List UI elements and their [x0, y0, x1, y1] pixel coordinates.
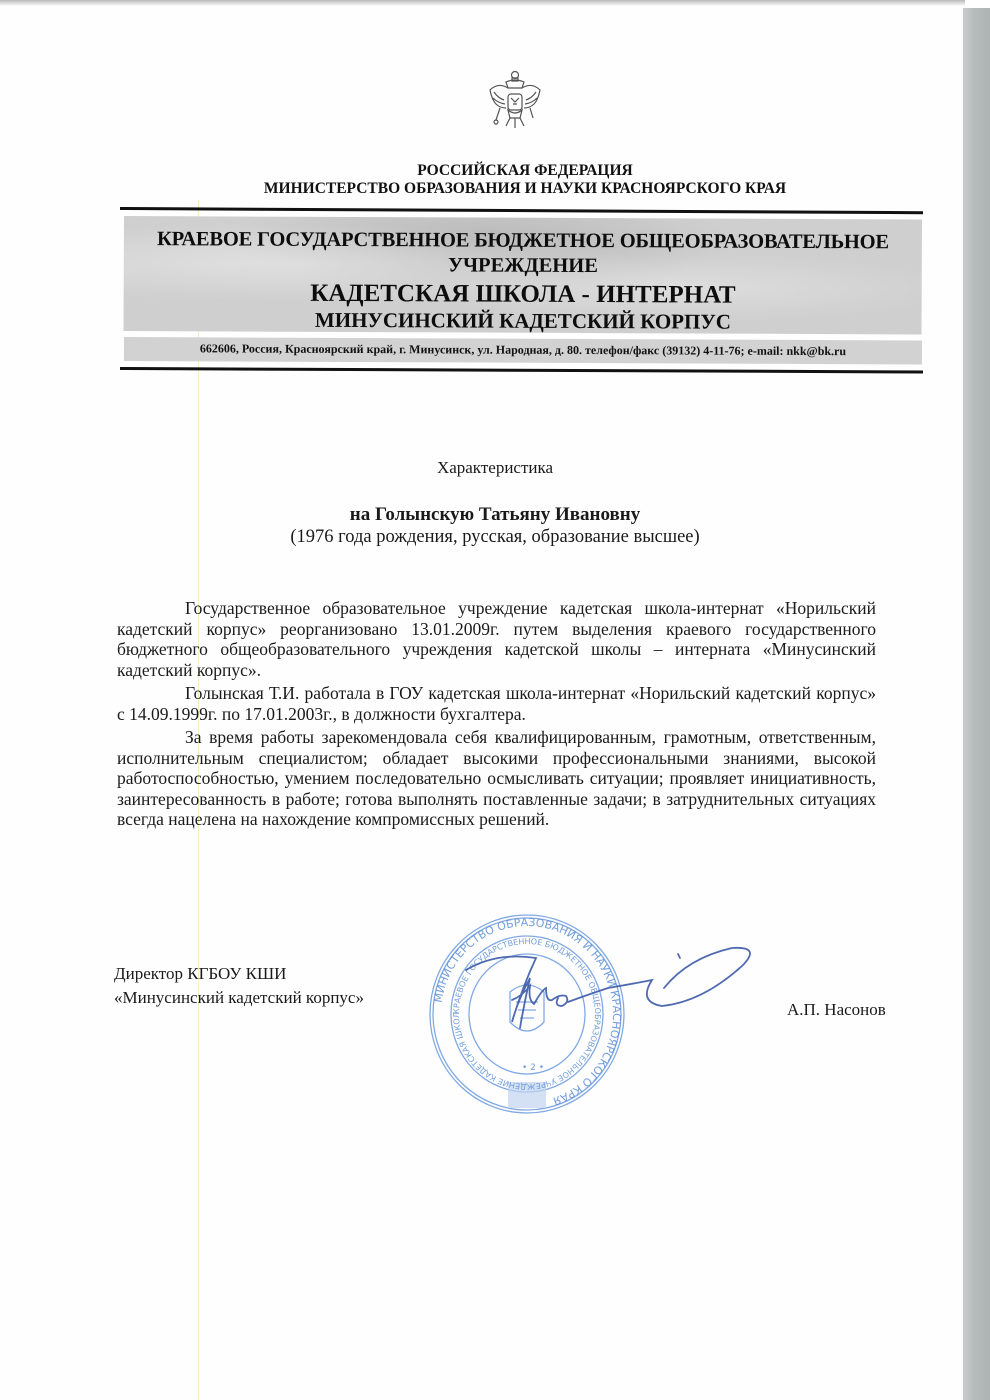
signer-position: Директор КГБОУ КШИ «Минусинский кадетски… [114, 962, 364, 1010]
paragraph-employment: Голынская Т.И. работала в ГОУ кадетская … [117, 683, 876, 724]
ministry-header: МИНИСТЕРСТВО ОБРАЗОВАНИЯ И НАУКИ КРАСНОЯ… [30, 180, 990, 198]
document-page: РОССИЙСКАЯ ФЕДЕРАЦИЯ МИНИСТЕРСТВО ОБРАЗО… [0, 0, 990, 1400]
letterhead-bottom-rule [120, 367, 923, 374]
handwritten-signature-icon [460, 930, 790, 1040]
signer-name: А.П. Насонов [787, 1000, 886, 1020]
document-subject: на Голынскую Татьяну Ивановну [0, 504, 990, 526]
paragraph-reorganization: Государственное образовательное учрежден… [117, 598, 876, 680]
document-title: Характеристика [0, 458, 990, 478]
institution-line-1: КРАЕВОЕ ГОСУДАРСТВЕННОЕ БЮДЖЕТНОЕ ОБЩЕОБ… [124, 228, 922, 254]
scan-top-shadow [0, 0, 965, 6]
scan-right-edge [963, 8, 990, 1400]
subject-details: (1976 года рождения, русская, образовани… [0, 527, 990, 548]
country-header: РОССИЙСКАЯ ФЕДЕРАЦИЯ [30, 162, 990, 180]
svg-text:• 2 •: • 2 • [522, 1063, 544, 1073]
signer-position-line-2: «Минусинский кадетский корпус» [114, 986, 364, 1010]
signer-position-line-1: Директор КГБОУ КШИ [114, 962, 364, 986]
institution-line-2: УЧРЕЖДЕНИЕ [124, 253, 922, 279]
school-name: МИНУСИНСКИЙ КАДЕТСКИЙ КОРПУС [124, 307, 922, 335]
paragraph-assessment: За время работы зарекомендовала себя ква… [117, 727, 876, 830]
letterhead-top-rule [120, 207, 923, 214]
document-body: Государственное образовательное учрежден… [117, 598, 876, 833]
school-type: КАДЕТСКАЯ ШКОЛА - ИНТЕРНАТ [124, 279, 922, 310]
coat-of-arms-icon [486, 68, 544, 132]
